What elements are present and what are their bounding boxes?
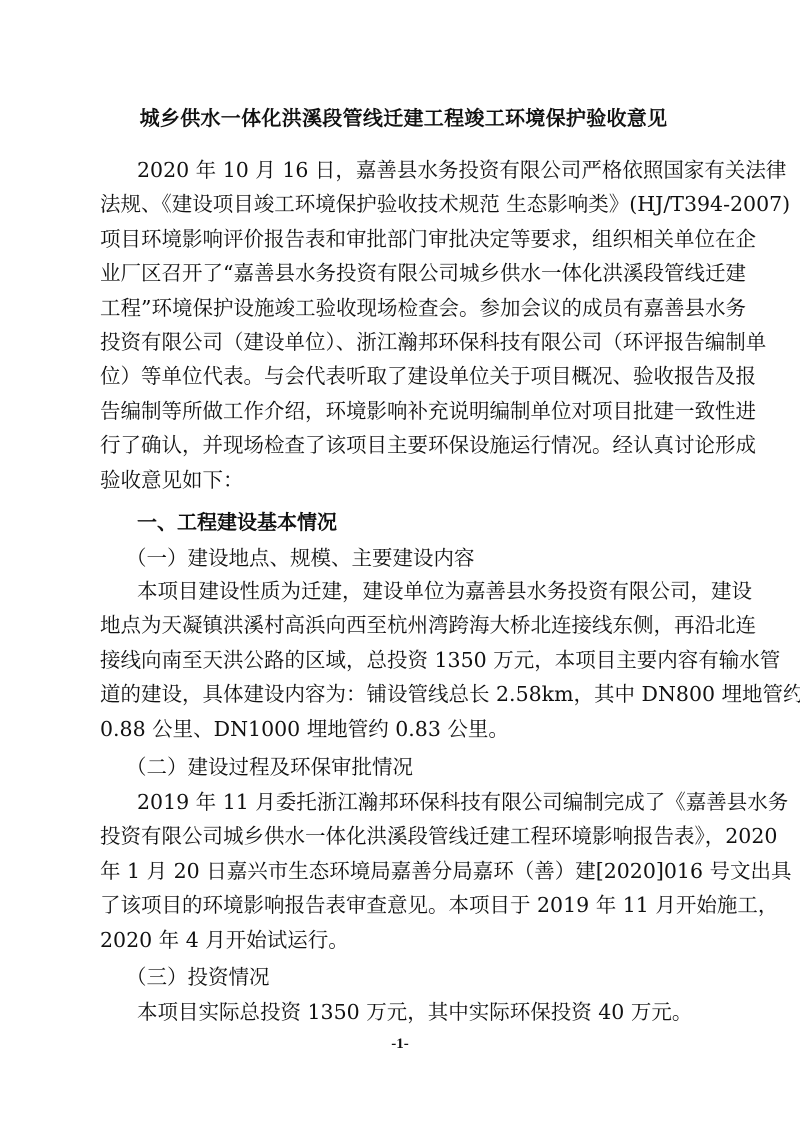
paragraph-line: 2019 年 11 月委托浙江瀚邦环保科技有限公司编制完成了《嘉善县水务: [100, 785, 707, 819]
subsection-heading: （一）建设地点、规模、主要建设内容: [100, 540, 707, 576]
paragraph-line: 0.88 公里、DN1000 埋地管约 0.83 公里。: [100, 712, 707, 746]
document-page: 城乡供水一体化洪溪段管线迁建工程竣工环境保护验收意见 2020 年 10 月 1…: [0, 0, 800, 1131]
paragraph-line: 2020 年 10 月 16 日，嘉善县水务投资有限公司严格依照国家有关法律: [100, 153, 707, 187]
subsection-3: （三）投资情况: [100, 959, 707, 995]
subsection-2-body: 2019 年 11 月委托浙江瀚邦环保科技有限公司编制完成了《嘉善县水务 投资有…: [100, 785, 707, 957]
subsection-3-body: 本项目实际总投资 1350 万元，其中实际环保投资 40 万元。: [100, 995, 707, 1029]
document-title: 城乡供水一体化洪溪段管线迁建工程竣工环境保护验收意见: [100, 104, 707, 132]
paragraph-line: 工程”环境保护设施竣工验收现场检查会。参加会议的成员有嘉善县水务: [100, 291, 707, 325]
paragraph-line: 接线向南至天洪公路的区域，总投资 1350 万元，本项目主要内容有输水管: [100, 643, 707, 677]
paragraph-line: 投资有限公司城乡供水一体化洪溪段管线迁建工程环境影响报告表》，2020: [100, 819, 707, 853]
paragraph-line: 2020 年 4 月开始试运行。: [100, 923, 707, 957]
section-1: 一、工程建设基本情况 （一）建设地点、规模、主要建设内容: [100, 504, 707, 576]
paragraph-line: 本项目建设性质为迁建，建设单位为嘉善县水务投资有限公司，建设: [100, 574, 707, 608]
subsection-2: （二）建设过程及环保审批情况: [100, 749, 707, 785]
paragraph-line: 位）等单位代表。与会代表听取了建设单位关于项目概况、验收报告及报: [100, 359, 707, 393]
subsection-1-body: 本项目建设性质为迁建，建设单位为嘉善县水务投资有限公司，建设 地点为天凝镇洪溪村…: [100, 574, 707, 746]
paragraph-line: 本项目实际总投资 1350 万元，其中实际环保投资 40 万元。: [100, 995, 707, 1029]
paragraph-line: 行了确认，并现场检查了该项目主要环保设施运行情况。经认真讨论形成: [100, 428, 707, 462]
page-number: -1-: [0, 1036, 800, 1053]
subsection-heading: （三）投资情况: [100, 959, 707, 995]
paragraph-line: 道的建设，具体建设内容为：铺设管线总长 2.58km，其中 DN800 埋地管约: [100, 677, 707, 711]
paragraph-line: 法规、《建设项目竣工环境保护验收技术规范 生态影响类》(HJ/T394-2007…: [100, 187, 707, 221]
paragraph-line: 告编制等所做工作介绍，环境影响补充说明编制单位对项目批建一致性进: [100, 394, 707, 428]
paragraph-line: 验收意见如下：: [100, 463, 707, 497]
paragraph-line: 地点为天凝镇洪溪村高浜向西至杭州湾跨海大桥北连接线东侧，再沿北连: [100, 608, 707, 642]
section-heading: 一、工程建设基本情况: [100, 504, 707, 540]
subsection-heading: （二）建设过程及环保审批情况: [100, 749, 707, 785]
paragraph-line: 投资有限公司（建设单位）、浙江瀚邦环保科技有限公司（环评报告编制单: [100, 325, 707, 359]
paragraph-line: 年 1 月 20 日嘉兴市生态环境局嘉善分局嘉环（善）建[2020]016 号文…: [100, 854, 707, 888]
paragraph-line: 项目环境影响评价报告表和审批部门审批决定等要求，组织相关单位在企: [100, 222, 707, 256]
intro-paragraph: 2020 年 10 月 16 日，嘉善县水务投资有限公司严格依照国家有关法律 法…: [100, 153, 707, 497]
paragraph-line: 了该项目的环境影响报告表审查意见。本项目于 2019 年 11 月开始施工，: [100, 888, 707, 922]
paragraph-line: 业厂区召开了“嘉善县水务投资有限公司城乡供水一体化洪溪段管线迁建: [100, 256, 707, 290]
